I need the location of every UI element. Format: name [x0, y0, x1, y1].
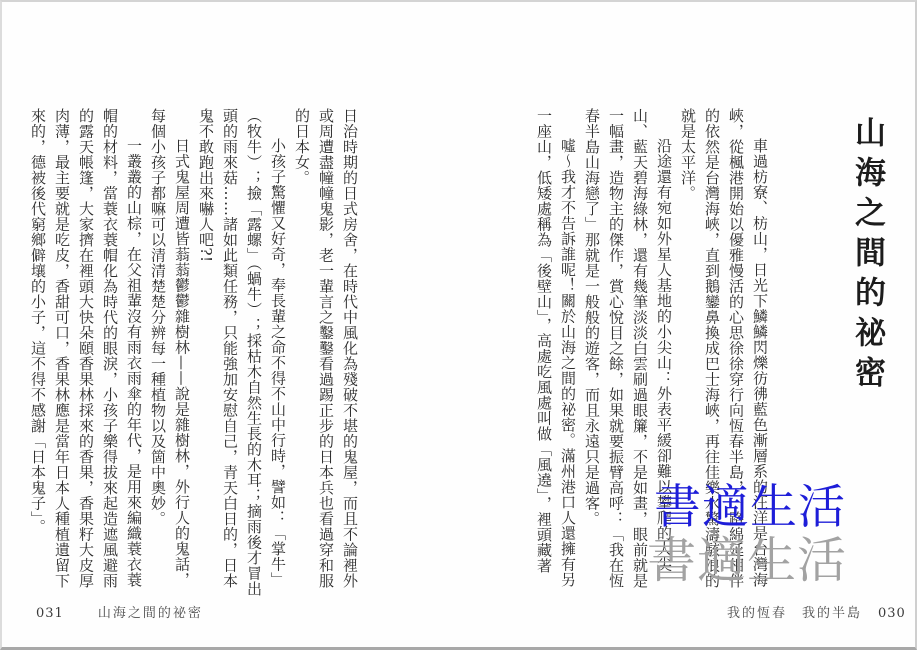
- footer-chapter-title: 山海之間的祕密: [98, 602, 203, 621]
- text-column: 帽的材料，當蓑衣蓑帽化為時代的眼淚，小孩子樂得拔來起造遮風避雨: [98, 108, 122, 578]
- text-column: 春半島山海戀了」那就是一般般的遊客，而且永遠只是過客。: [580, 108, 604, 578]
- text-column: 一座山，低矮處稱為「後壁山」，高處吃風處叫做「風遶」，裡頭藏著: [532, 108, 556, 578]
- left-page-footer: 031 山海之間的祕密: [36, 602, 203, 621]
- text-column: 噓～我才不告訴誰呢！關於山海之間的祕密。滿州港口人還擁有另: [556, 108, 580, 578]
- footer-book-title: 我的恆春 我的半島: [727, 602, 862, 621]
- text-column: 或周遭盡幢幢鬼影，老一輩言之鑿鑿看過踢正步的日本兵也看過穿和服: [314, 108, 338, 578]
- text-column: 的露天帳篷，大家擠在裡頭大快朵頤香果林採來的香果，香果籽大皮厚: [74, 108, 98, 578]
- body-text-right: 車過枋寮、枋山，日光下鱗鱗閃爍彷彿藍色漸層系的汪洋是台灣海峽，從楓港開始以優雅慢…: [530, 108, 772, 578]
- text-column: 車過枋寮、枋山，日光下鱗鱗閃爍彷彿藍色漸層系的汪洋是台灣海: [748, 108, 772, 578]
- text-column: 沿途還有宛如外星人基地的小尖山：外表平緩卻難以攀爬的大尖: [652, 108, 676, 578]
- body-text-left: 日治時期的日式房舍，在時代中風化為殘破不堪的鬼屋，而且不論裡外或周遭盡幢幢鬼影，…: [22, 108, 362, 578]
- text-column: 一幅畫，造物主的傑作，賞心悅目之餘，如果就要振臂高呼：「我在恆: [604, 108, 628, 578]
- text-column: 的日本女。: [290, 108, 314, 578]
- text-column: 每個小孩子都嘛可以清清楚楚分辨每一種植物以及箇中奧妙。: [146, 108, 170, 578]
- text-column: 山、藍天碧海綠林，還有幾筆淡淡白雲刷過眼簾，不是如畫，眼前就是: [628, 108, 652, 578]
- folio-right: 030: [878, 606, 906, 621]
- text-column: 峽，從楓港開始以優雅慢活的心思徐徐穿行向恆春半島，一路綿延相伴: [724, 108, 748, 578]
- text-column: 來的，德被後代窮鄉僻壤的小子，這不得不感謝「日本鬼子」。: [26, 108, 50, 578]
- text-column: 一叢叢的山棕，在父祖輩沒有雨衣雨傘的年代，是用來編織蓑衣蓑: [122, 108, 146, 578]
- scanned-book-spread: 山海之間的祕密 車過枋寮、枋山，日光下鱗鱗閃爍彷彿藍色漸層系的汪洋是台灣海峽，從…: [0, 0, 917, 650]
- folio-left: 031: [36, 606, 64, 621]
- text-column: 肉薄，最主要就是吃皮，香甜可口，香果林應是當年日本人種植遺留下: [50, 108, 74, 578]
- text-column: 頭的雨來菇……諸如此類任務，只能強加安慰自己，青天白日的，日本: [218, 108, 242, 578]
- text-column: （牧牛）；撿「露螺」（蝸牛）；採枯木自然生長的木耳；摘雨後才冒出: [242, 108, 266, 578]
- right-page-footer: 我的恆春 我的半島 030: [727, 602, 906, 621]
- text-column: 鬼不敢跑出來嚇人吧?!: [194, 108, 218, 578]
- text-column: 的依然是台灣海峽，直到鵝鑾鼻換成巴士海峽，再往佳樂水驚濤駭浪的: [700, 108, 724, 578]
- text-column: 小孩子驚懼又好奇，奉長輩之命不得不山中行時，譬如：「掌牛」: [266, 108, 290, 578]
- text-column: 日治時期的日式房舍，在時代中風化為殘破不堪的鬼屋，而且不論裡外: [338, 108, 362, 578]
- text-column: 就是太平洋。: [676, 108, 700, 578]
- text-column: 日式鬼屋周遭皆蓊蓊鬱鬱雜樹林——說是雜樹林，外行人的鬼話，: [170, 108, 194, 578]
- chapter-title: 山海之間的祕密: [845, 116, 890, 446]
